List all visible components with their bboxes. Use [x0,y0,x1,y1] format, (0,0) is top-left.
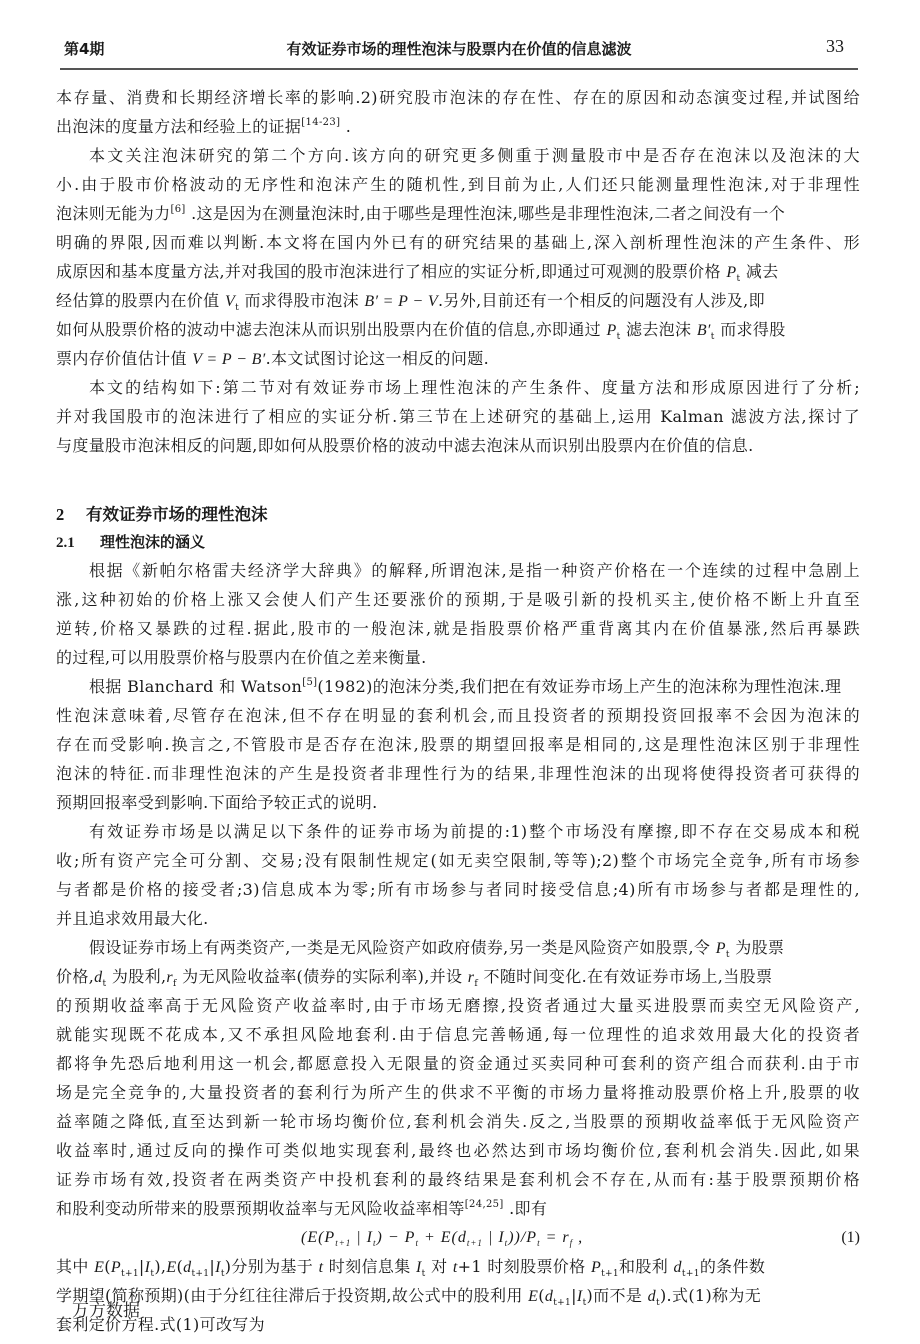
text-line: 如何从股票价格的波动中滤去泡沫从而识别出股票内在价值的信息,亦即通过 Pt 滤去… [56,315,860,344]
text-line: 泡沫则无能为力[6] .这是因为在测量泡沫时,由于哪些是理性泡沫,哪些是非理性泡… [56,199,860,228]
text-line: 价格,dt 为股利,rf 为无风险收益率(债券的实际利率),并设 rf 不随时间… [56,962,860,991]
text-line: 预期回报率受到影响.下面给予较正式的说明. [56,788,860,817]
text-line: 泡沫的特征.而非理性泡沫的产生是投资者非理性行为的结果,非理性泡沫的出现将使得投… [56,759,860,788]
text-line: 收;所有资产完全可分割、交易;没有限制性规定(如无卖空限制,等等);2)整个市场… [56,846,860,875]
math-symbol: P [726,264,736,281]
citation: [14-23] [301,117,340,128]
text-line: 存在而受影响.换言之,不管股市是否存在泡沫,股票的期望回报率是相同的,这是理性泡… [56,730,860,759]
text-line: 性泡沫意味着,尽管存在泡沫,但不存在明显的套利机会,而且投资者的预期投资回报率不… [56,701,860,730]
text-line: 本文的结构如下:第二节对有效证券市场上理性泡沫的产生条件、度量方法和形成原因进行… [56,373,860,402]
watermark-footer: 万方数据 [72,1296,140,1321]
text-line: 经估算的股票内在价值 Vt 而求得股市泡沫 B′ = P − V.另外,目前还有… [56,286,860,315]
citation: [6] [170,204,185,215]
text-line: 与度量股市泡沫相反的问题,即如何从股票价格的波动中滤去泡沫从而识别出股票内在价值… [56,431,860,460]
equation-1: (E(Pt+1 | It) − Pt + E(dt+1 | It))/Pt = … [56,1223,860,1252]
text-line: 根据 Blanchard 和 Watson[5](1982)的泡沫分类,我们把在… [56,672,860,701]
text-line: 益率随之降低,直至达到新一轮市场均衡价位,套利机会消失.反之,当股票的预期收益率… [56,1107,860,1136]
running-header: 第4期 有效证券市场的理性泡沫与股票内在价值的信息滤波 33 [60,38,858,70]
citation: [5] [302,677,317,688]
text-line: 就能实现既不花成本,又不承担风险地套利.由于信息完善畅通,每一位理性的追求效用最… [56,1020,860,1049]
section2-paragraph-3: 有效证券市场是以满足以下条件的证券市场为前提的:1)整个市场没有摩擦,即不存在交… [56,817,860,933]
citation: [24,25] [465,1199,504,1210]
text-line: 成原因和基本度量方法,并对我国的股市泡沫进行了相应的实证分析,即通过可观测的股票… [56,257,860,286]
text-line: 套利定价方程.式(1)可改写为 [56,1310,860,1339]
text-line: 本文关注泡沫研究的第二个方向.该方向的研究更多侧重于测量股市中是否存在泡沫以及泡… [56,141,860,170]
text-line: 明确的界限,因而难以判断.本文将在国内外已有的研究结果的基础上,深入剖析理性泡沫… [56,228,860,257]
text-line: 假设证券市场上有两类资产,一类是无风险资产如政府债券,另一类是风险资产如股票,令… [56,933,860,962]
section2-paragraph-4: 假设证券市场上有两类资产,一类是无风险资产如政府债券,另一类是风险资产如股票,令… [56,933,860,1223]
text-line: 证券市场有效,投资者在两类资产中投机套利的最终结果是套利机会不存在,从而有:基于… [56,1165,860,1194]
page-body: 本存量、消费和长期经济增长率的影响.2)研究股市泡沫的存在性、存在的原因和动态演… [56,83,860,1339]
equation-number: (1) [841,1223,860,1252]
text-line: 都将争先恐后地利用这一机会,都愿意投入无限量的资金通过买卖同种可套利的资产组合而… [56,1049,860,1078]
text-line: 和股利变动所带来的股票预期收益率与无风险收益率相等[24,25] .即有 [56,1194,860,1223]
text-line: 票内存价值估计值 V = P − B′.本文试图讨论这一相反的问题. [56,344,860,373]
text-line: 学期望(简称预期)(由于分红往往滞后于投资期,故公式中的股利用 E(dt+1|I… [56,1281,860,1310]
text-line: 并对我国股市的泡沫进行了相应的实证分析.第三节在上述研究的基础上,运用 Kalm… [56,402,860,431]
section-heading: 2有效证券市场的理性泡沫 [56,500,860,529]
section2-paragraph-2: 根据 Blanchard 和 Watson[5](1982)的泡沫分类,我们把在… [56,672,860,817]
intro-paragraph-2: 本文关注泡沫研究的第二个方向.该方向的研究更多侧重于测量股市中是否存在泡沫以及泡… [56,141,860,373]
text-line: 场是完全竞争的,大量投资者的套利行为所产生的供求不平衡的市场力量将推动股票价格上… [56,1078,860,1107]
math-expression: B′ = P − V [364,293,438,310]
text-line: 收益率时,通过反向的操作可类似地实现套利,最终也必然达到市场均衡价位,套利机会消… [56,1136,860,1165]
text-line: 并且追求效用最大化. [56,904,860,933]
text-line: 根据《新帕尔格雷夫经济学大辞典》的解释,所谓泡沫,是指一种资产价格在一个连续的过… [56,556,860,585]
text-line: 有效证券市场是以满足以下条件的证券市场为前提的:1)整个市场没有摩擦,即不存在交… [56,817,860,846]
subsection-heading: 2.1理性泡沫的涵义 [56,529,860,556]
equation-expression: (E(Pt+1 | It) − Pt + E(dt+1 | It))/Pt = … [301,1223,583,1258]
section2-paragraph-1: 根据《新帕尔格雷夫经济学大辞典》的解释,所谓泡沫,是指一种资产价格在一个连续的过… [56,556,860,672]
page-number: 33 [826,36,844,57]
text-line: 的过程,可以用股票价格与股票内在价值之差来衡量. [56,643,860,672]
text-line: 小.由于股市价格波动的无序性和泡沫产生的随机性,到目前为止,人们还只能测量理性泡… [56,170,860,199]
text-line: 逆转,价格又暴跌的过程.据此,股市的一般泡沫,就是指股票价格严重背离其内在价值暴… [56,614,860,643]
section2-paragraph-5: 其中 E(Pt+1|It),E(dt+1|It)分别为基于 t 时刻信息集 It… [56,1252,860,1339]
intro-paragraph-3: 本文的结构如下:第二节对有效证券市场上理性泡沫的产生条件、度量方法和形成原因进行… [56,373,860,460]
text-line: 本存量、消费和长期经济增长率的影响.2)研究股市泡沫的存在性、存在的原因和动态演… [56,83,860,112]
text-line: 出泡沫的度量方法和经验上的证据[14-23] . [56,112,860,141]
math-expression: V = P − B′ [192,351,265,368]
text-line: 的预期收益率高于无风险资产收益率时,由于市场无磨擦,投资者通过大量买进股票而卖空… [56,991,860,1020]
text-line: 与者都是价格的接受者;3)信息成本为零;所有市场参与者同时接受信息;4)所有市场… [56,875,860,904]
running-title: 有效证券市场的理性泡沫与股票内在价值的信息滤波 [60,38,858,59]
text-line: 涨,这种初始的价格上涨又会使人们产生还要涨价的预期,于是吸引新的投机买主,使价格… [56,585,860,614]
intro-paragraph-1: 本存量、消费和长期经济增长率的影响.2)研究股市泡沫的存在性、存在的原因和动态演… [56,83,860,141]
